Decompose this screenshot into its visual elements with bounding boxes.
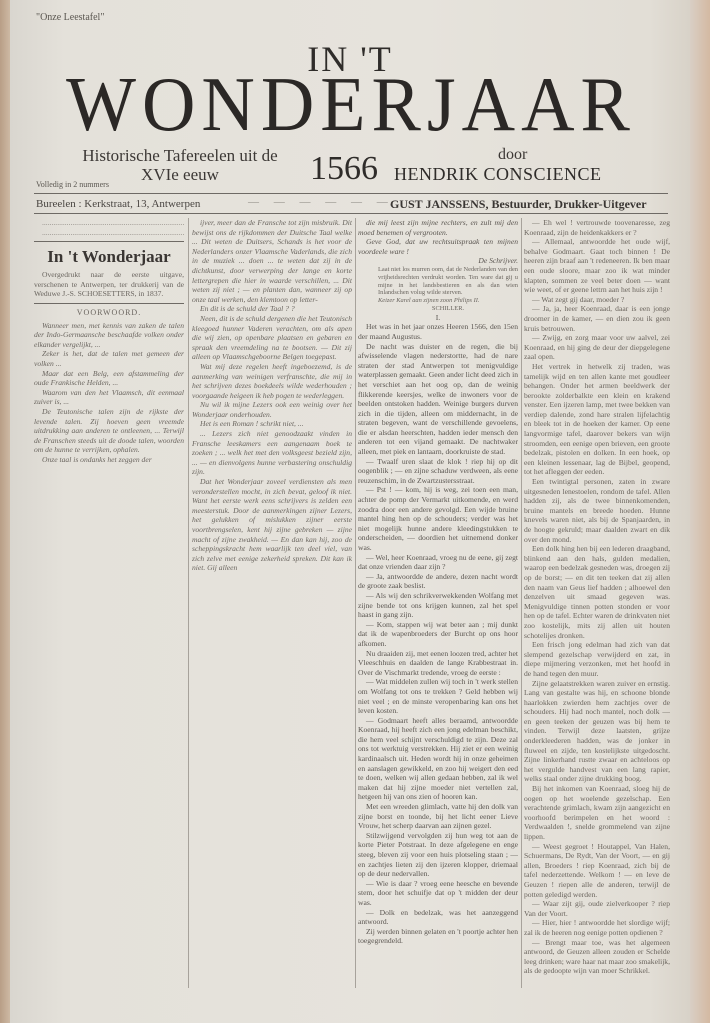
story-paragraph: — Ja, ja, heer Koenraad, daar is een jon…: [524, 304, 670, 333]
column-3: die mij leest zijn mijne rechters, en zu…: [358, 218, 518, 1018]
story-paragraph: Zij werden binnen gelaten en 't poortje …: [358, 927, 518, 946]
voorwoord-paragraph: ijver, meer dan de Fransche tot zijn mis…: [192, 218, 352, 304]
page-binding-edge: [0, 0, 10, 1023]
voorwoord-paragraph: Maar dat een Belg, een afstammeling der …: [34, 369, 184, 388]
story-paragraph: — Waar zijt gij, oude zielverkooper ? ri…: [524, 899, 670, 918]
voorwoord-paragraph: Waarom van den het Vlaamsch, dit eenmaal…: [34, 388, 184, 407]
voorwoord-paragraph: Wanneer men, met kennis van zaken de tal…: [34, 321, 184, 350]
voorwoord-paragraph: De Teutonische talen zijn de rijkste der…: [34, 407, 184, 455]
story-paragraph: — Pst ! — kom, hij is weg, zei toen een …: [358, 485, 518, 552]
story-paragraph: Het vertrek in hetwelk zij traden, was t…: [524, 362, 670, 477]
epigraph: Laat niet los murren oom, dat de Nederla…: [378, 266, 518, 313]
box-rule-bottom: [34, 303, 184, 304]
publisher-line: GUST JANSSENS, Bestuurder, Drukker-Uitge…: [390, 197, 647, 212]
story-paragraph: Stilzwijgend vervolgden zij hun weg tot …: [358, 831, 518, 879]
kicker-label: "Onze Leestafel": [36, 12, 104, 23]
story-paragraph: Een dolk hing hen bij een lederen draagb…: [524, 544, 670, 640]
epigraph-source: SCHILLER.: [378, 305, 518, 313]
voorwoord-paragraph: Wat mij deze regelen heeft ingeboezemd, …: [192, 362, 352, 400]
story-paragraph: Nu draaiden zij, met eenen loozen tred, …: [358, 649, 518, 678]
story-paragraph: — Kom, stappen wij wat beter aan ; mij d…: [358, 620, 518, 649]
voorwoord-paragraph: ... Lezers zich niet genoodzaakt vinden …: [192, 429, 352, 477]
subtitle-line-1: Historische Tafereelen uit de: [50, 146, 310, 165]
author-signature: De Schrijver.: [358, 256, 518, 266]
story-paragraph: De nacht was duister en de regen, die bi…: [358, 342, 518, 457]
story-paragraph: — Wat middelen zullen wij toch in 't wer…: [358, 677, 518, 715]
author-name: HENDRIK CONSCIENCE: [394, 164, 602, 185]
header-rule-top: [34, 193, 668, 194]
intro-line: die mij leest zijn mijne rechters, en zu…: [358, 218, 518, 237]
story-paragraph: Bij het inkomen van Koenraad, sloeg hij …: [524, 784, 670, 842]
office-address: Bureelen : Kerkstraat, 13, Antwerpen: [36, 198, 200, 210]
newspaper-page: "Onze Leestafel" IN 'T WONDERJAAR Histor…: [10, 0, 690, 1023]
intro-paragraph: ........................................…: [34, 218, 184, 228]
epigraph-text: Laat niet los murren oom, dat de Nederla…: [378, 266, 518, 297]
background-edge: [690, 0, 710, 1023]
story-paragraph: Een twintigtal personen, zaten in zware …: [524, 477, 670, 544]
column-2: ijver, meer dan de Fransche tot zijn mis…: [192, 218, 352, 1018]
by-label: door: [498, 146, 527, 164]
story-paragraph: — Allemaal, antwoordde het oude wijf, be…: [524, 237, 670, 295]
story-paragraph: — Godmaart heeft alles beraamd, antwoord…: [358, 716, 518, 802]
column-1: ........................................…: [34, 218, 184, 1018]
header-rule-bottom: [34, 213, 668, 214]
story-paragraph: — Dolk en bedelzak, was het aanzeggend a…: [358, 908, 518, 927]
section-note: Overgedrukt naar de eerste uitgave, vers…: [34, 270, 184, 299]
edition-note: Volledig in 2 nummers: [36, 180, 109, 189]
story-paragraph: — Ja, antwoordde de andere, dezen nacht …: [358, 572, 518, 591]
voorwoord-paragraph: Zeker is het, dat de talen met gemeen de…: [34, 349, 184, 368]
intro-paragraph: ........................................…: [34, 228, 184, 238]
epigraph-attribution: Keizer Karel aan zijnen zoon Philips II.: [378, 297, 518, 305]
masthead-title: WONDERJAAR: [26, 66, 676, 144]
column-divider: [355, 218, 356, 988]
story-paragraph: Met een wreeden glimlach, vatte hij den …: [358, 802, 518, 831]
separator-dashes: — — — — — —: [248, 196, 394, 208]
section-title: In 't Wonderjaar: [34, 246, 184, 268]
intro-line: Geve God, dat uw rechtsuitspraak ten mij…: [358, 237, 518, 256]
voorwoord-paragraph: Nu wil ik mijne Lezers ook een weinig ov…: [192, 400, 352, 419]
column-divider: [188, 218, 189, 988]
voorwoord-heading: VOORWOORD.: [34, 308, 184, 318]
year-label: 1566: [310, 150, 378, 188]
story-paragraph: — Wie is daar ? vroeg eene heesche en be…: [358, 879, 518, 908]
story-paragraph: — Twaalf uren slaat de klok ! riep hij o…: [358, 457, 518, 486]
story-paragraph: — Als wij den schrikverwekkenden Wolfang…: [358, 591, 518, 620]
story-paragraph: — Wat zegt gij daar, moeder ?: [524, 295, 670, 305]
story-paragraph: — Brengt maar toe, was het algemeen antw…: [524, 938, 670, 976]
subtitle: Historische Tafereelen uit de XVIe eeuw: [50, 146, 310, 184]
story-paragraph: — Eh wel ! vertrouwde toovenaresse, zeg …: [524, 218, 670, 237]
voorwoord-paragraph: En dit is de schuld der Taal ? ?: [192, 304, 352, 314]
story-paragraph: — Hier, hier ! antwoordde het slordige w…: [524, 918, 670, 937]
column-4: — Eh wel ! vertrouwde toovenaresse, zeg …: [524, 218, 670, 1018]
story-paragraph: Het was in het jaar onzes Heeren 1566, d…: [358, 322, 518, 341]
story-paragraph: Zijne gelaatstrekken waren zuiver en ern…: [524, 679, 670, 785]
story-paragraph: — Wel, heer Koenraad, vroeg nu de eene, …: [358, 553, 518, 572]
voorwoord-paragraph: Onze taal is ondanks het zeggen der: [34, 455, 184, 465]
column-divider: [521, 218, 522, 988]
voorwoord-paragraph: Het is een Roman ! schrikt niet, ...: [192, 419, 352, 429]
story-paragraph: Een frisch jong edelman had zich van dat…: [524, 640, 670, 678]
story-paragraph: — Weest gegroet ! Houtappel, Van Halen, …: [524, 842, 670, 900]
chapter-number: I.: [358, 313, 518, 323]
voorwoord-paragraph: Dat het Wonderjaar zoveel verdiensten al…: [192, 477, 352, 573]
box-rule-top: [34, 241, 184, 242]
voorwoord-paragraph: Neen, dit is de schuld dergenen die het …: [192, 314, 352, 362]
story-paragraph: — Zwijg, en zorg maar voor uw aalvel, ze…: [524, 333, 670, 362]
